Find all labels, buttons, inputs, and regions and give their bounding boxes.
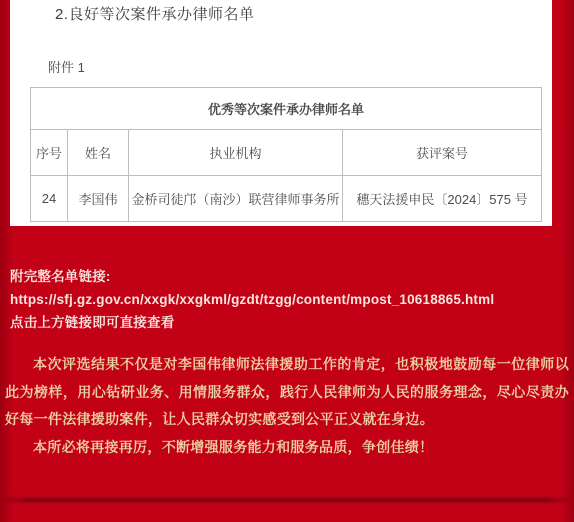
col-header-serial: 序号 bbox=[31, 130, 68, 176]
section-bottom-shadow bbox=[0, 498, 574, 502]
table-header-row: 序号 姓名 执业机构 获评案号 bbox=[31, 130, 542, 176]
full-list-link-label: 附完整名单链接: bbox=[10, 265, 568, 288]
closing-paragraph: 本所必将再接再厉，不断增强服务能力和服务品质，争创佳绩！ bbox=[5, 434, 569, 462]
cell-firm: 金桥司徒邝（南沙）联营律师事务所 bbox=[129, 176, 343, 222]
cell-name: 李国伟 bbox=[68, 176, 129, 222]
col-header-name: 姓名 bbox=[68, 130, 129, 176]
link-click-hint: 点击上方链接即可直接查看 bbox=[10, 311, 568, 334]
summary-paragraph: 本次评选结果不仅是对李国伟律师法律援助工作的肯定，也积极地鼓励每一位律师以此为榜… bbox=[5, 351, 569, 434]
table-title-row: 优秀等次案件承办律师名单 bbox=[31, 88, 542, 130]
cell-serial: 24 bbox=[31, 176, 68, 222]
cell-case-number: 穗天法援申民〔2024〕575 号 bbox=[343, 176, 542, 222]
table-title: 优秀等次案件承办律师名单 bbox=[31, 88, 542, 130]
good-grade-list-heading: 2.良好等次案件承办律师名单 bbox=[55, 3, 552, 24]
attachment-label: 附件 1 bbox=[48, 57, 552, 76]
summary-text-block: 本次评选结果不仅是对李国伟律师法律援助工作的肯定，也积极地鼓励每一位律师以此为榜… bbox=[5, 351, 569, 461]
col-header-case-no: 获评案号 bbox=[343, 130, 542, 176]
announcement-page: 2.良好等次案件承办律师名单 附件 1 优秀等次案件承办律师名单 序号 姓名 执… bbox=[0, 0, 574, 522]
table-row: 24 李国伟 金桥司徒邝（南沙）联营律师事务所 穗天法援申民〔2024〕575 … bbox=[31, 176, 542, 222]
col-header-firm: 执业机构 bbox=[129, 130, 343, 176]
full-list-link-url[interactable]: https://sfj.gz.gov.cn/xxgk/xxgkml/gzdt/t… bbox=[10, 288, 568, 311]
attachment-card: 2.良好等次案件承办律师名单 附件 1 优秀等次案件承办律师名单 序号 姓名 执… bbox=[10, 0, 552, 226]
full-list-link-block: 附完整名单链接: https://sfj.gz.gov.cn/xxgk/xxgk… bbox=[10, 265, 568, 334]
excellent-lawyers-table: 优秀等次案件承办律师名单 序号 姓名 执业机构 获评案号 24 李国伟 金桥司徒… bbox=[30, 87, 542, 222]
